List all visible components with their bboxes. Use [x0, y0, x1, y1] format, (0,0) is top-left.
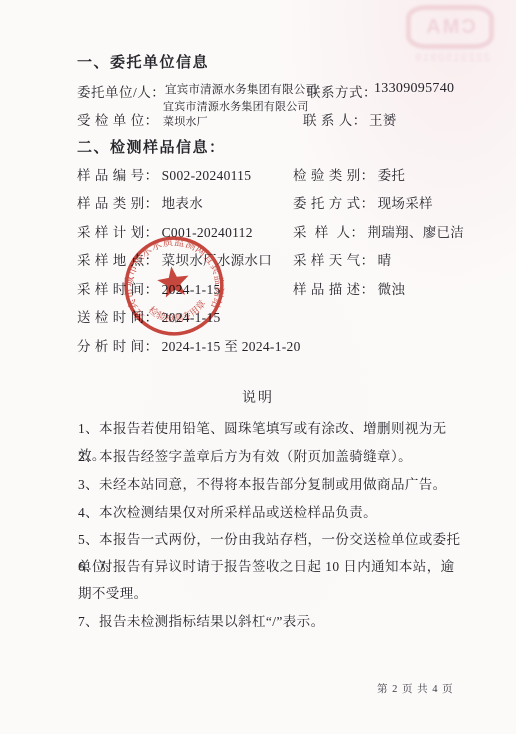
submission-time-label: 送 检 时 间： — [77, 306, 159, 326]
sample-code-value: S002-20240115 — [162, 168, 252, 184]
inspection-category-value: 委托 — [378, 164, 406, 184]
cma-logo-text: CMA — [424, 16, 476, 39]
submission-time-value: 2024-1-15 — [162, 310, 221, 326]
page-number-footer: 第 2 页 共 4 页 — [377, 681, 454, 696]
note-item-3: 3、未经本站同意，不得将本报告部分复制或用做商品广告。 — [78, 471, 464, 498]
report-page: CMA 2223150919 一、委托单位信息 委托单位/人： 宜宾市清源水务集… — [0, 0, 516, 734]
notes-title: 说明 — [60, 387, 456, 407]
contact-method-value: 13309095740 — [374, 81, 454, 97]
sampling-time-value: 2024-1-15 — [162, 282, 221, 298]
sample-code-label: 样 品 编 号： — [77, 164, 159, 184]
sample-row-plan: 采 样 计 划：C001-20240112 采 样 人：荆瑞翔、廖已洁 — [77, 221, 477, 241]
note-item-4: 4、本次检测结果仅对所采样品或送检样品负责。 — [78, 499, 464, 526]
section-title-sample-info: 二、检测样品信息： — [77, 136, 226, 157]
inspection-category-label: 检 验 类 别： — [293, 164, 375, 184]
sample-row-code: 样 品 编 号：S002-20240115 检 验 类 别：委托 — [77, 164, 477, 184]
client-label: 委托单位/人： — [77, 81, 165, 101]
cma-certificate-digits: 2223150919 — [398, 52, 506, 64]
section-title-client-info: 一、委托单位信息 — [77, 51, 209, 72]
sample-row-analysis: 分 析 时 间：2024-1-15 至 2024-1-20 — [77, 335, 477, 355]
sample-description-value: 微浊 — [378, 278, 406, 298]
note-item-2: 2、本报告经签字盖章后方为有效（附页加盖骑缝章）。 — [78, 443, 464, 470]
sample-row-submission: 送 检 时 间：2024-1-15 — [77, 306, 477, 326]
sample-description-label: 样 品 描 述： — [293, 278, 375, 298]
note-item-6: 6、对报告有异议时请于报告签收之日起 10 日内通知本站，逾期不受理。 — [78, 553, 464, 607]
analysis-time-label: 分 析 时 间： — [77, 335, 159, 355]
sampler-label: 采 样 人： — [293, 221, 365, 241]
sampling-plan-label: 采 样 计 划： — [77, 221, 159, 241]
sample-row-location: 采 样 地 点：菜坝水厂水源水口 采 样 天 气：晴 — [77, 249, 477, 269]
inspected-unit-value-line2: 菜坝水厂 — [163, 116, 208, 130]
contact-person-label: 联 系 人： — [303, 109, 367, 129]
sampling-location-value: 菜坝水厂水源水口 — [162, 249, 272, 269]
sampling-weather-value: 晴 — [378, 249, 392, 269]
commission-mode-label: 委 托 方 式： — [293, 192, 375, 212]
sampler-value: 荆瑞翔、廖已洁 — [368, 221, 465, 241]
analysis-time-value: 2024-1-15 至 2024-1-20 — [162, 335, 301, 355]
inspected-unit-label: 受 检 单 位： — [77, 109, 159, 129]
client-value: 宜宾市清源水务集团有限公司 — [165, 84, 317, 98]
note-item-7: 7、报告未检测指标结果以斜杠“/”表示。 — [78, 608, 464, 635]
contact-method-label: 联系方式： — [307, 81, 377, 101]
inspected-unit-row: 受 检 单 位： 宜宾市清源水务集团有限公司 菜坝水厂 联 系 人： 王赟 — [77, 99, 497, 133]
sampling-plan-value: C001-20240112 — [162, 225, 253, 241]
cma-oval-outline: CMA — [406, 5, 494, 49]
sample-row-type: 样 品 类 别：地表水 委 托 方 式：现场采样 — [77, 192, 477, 212]
inspected-unit-value-line1: 宜宾市清源水务集团有限公司 — [163, 101, 309, 115]
sample-row-time: 采 样 时 间：2024-1-15 样 品 描 述：微浊 — [77, 278, 477, 298]
sample-type-label: 样 品 类 别： — [77, 192, 159, 212]
contact-person-value: 王赟 — [369, 109, 397, 129]
cma-watermark: CMA 2223150919 — [398, 5, 506, 67]
sample-type-value: 地表水 — [162, 192, 203, 212]
sampling-weather-label: 采 样 天 气： — [293, 249, 375, 269]
sampling-location-label: 采 样 地 点： — [77, 249, 159, 269]
sampling-time-label: 采 样 时 间： — [77, 278, 159, 298]
commission-mode-value: 现场采样 — [378, 192, 433, 212]
